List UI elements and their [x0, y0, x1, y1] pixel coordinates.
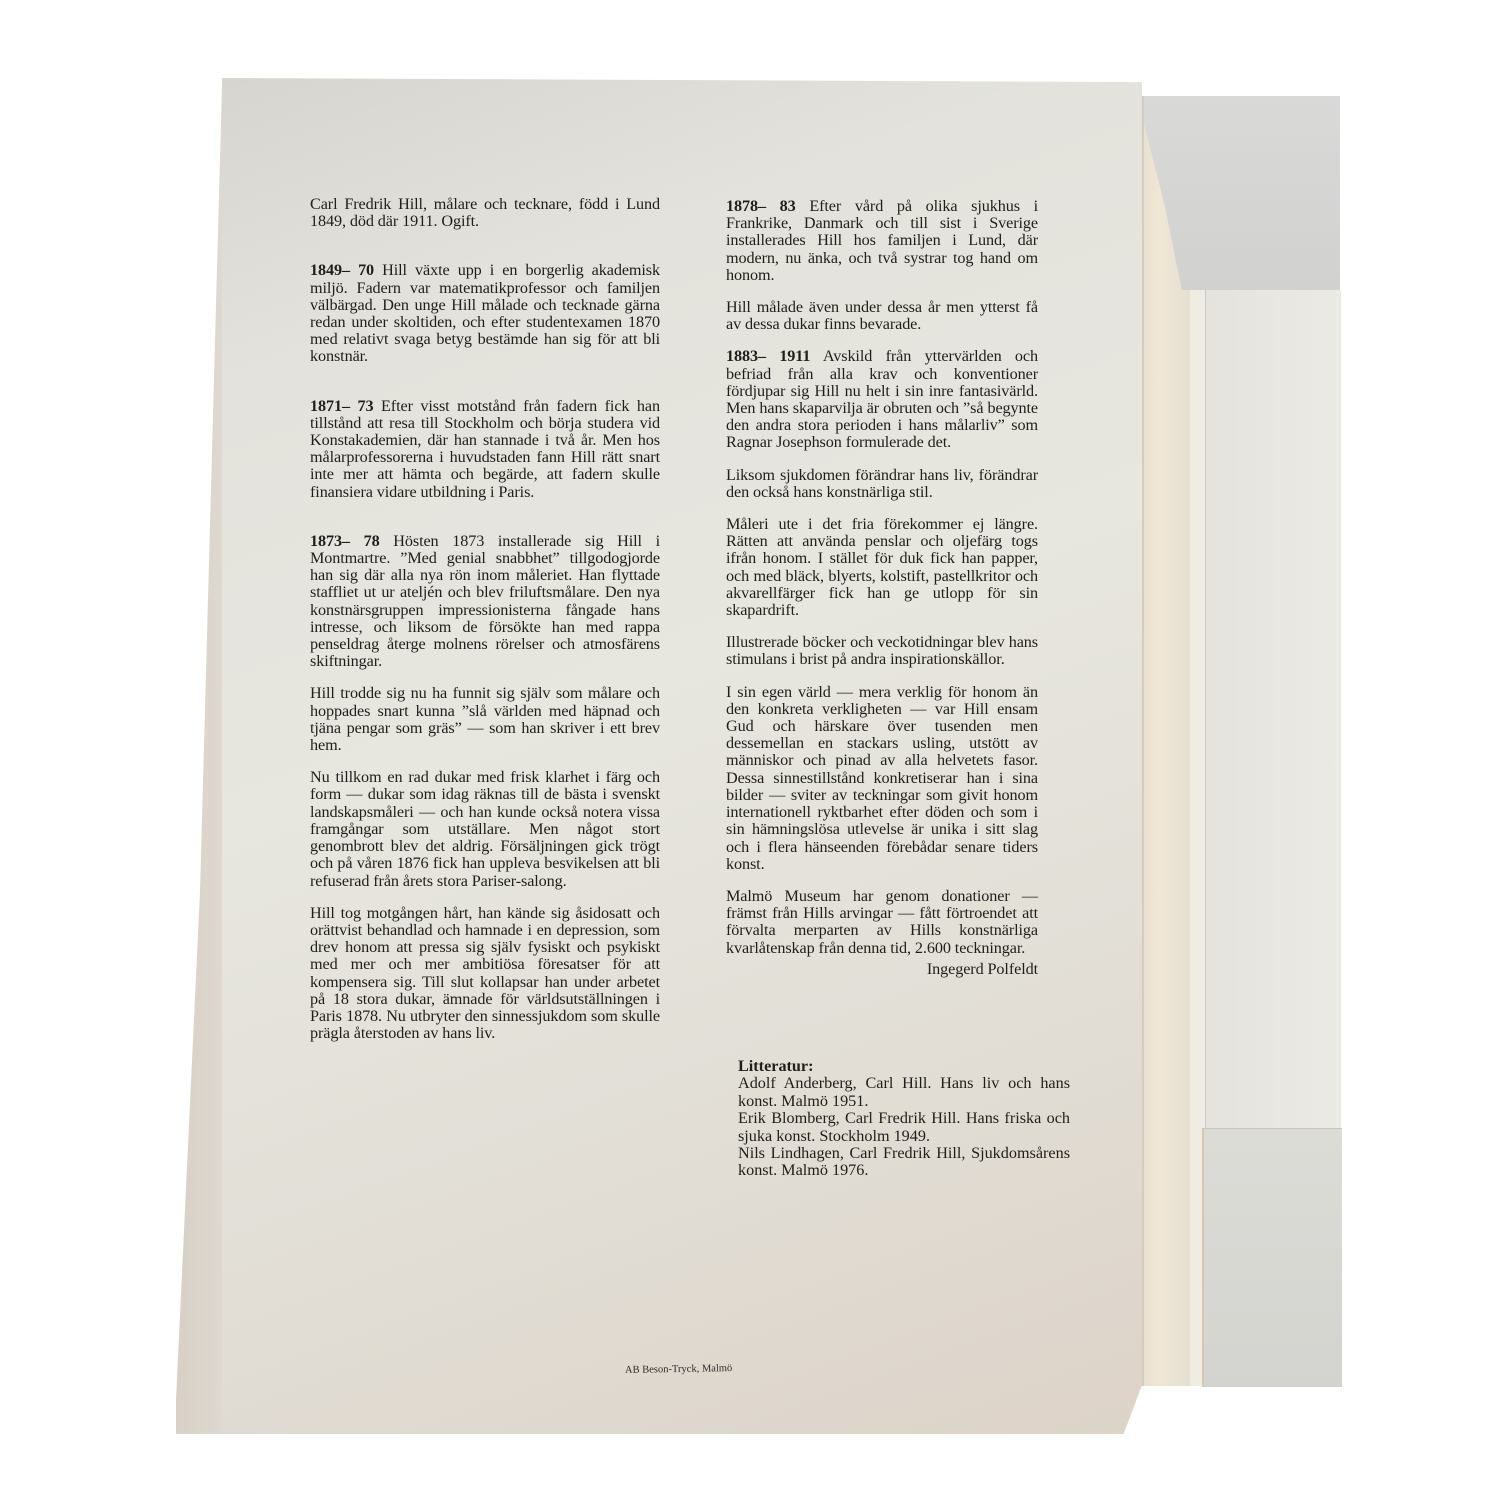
biography-paragraph: 1871– 73 Efter visst motstånd från fader… — [310, 398, 660, 501]
printer-imprint: AB Beson-Tryck, Malmö — [625, 1363, 732, 1376]
right-column: 1878– 83 Efter vård på olika sjukhus i F… — [726, 198, 1038, 978]
biography-paragraph: Liksom sjukdomen förändrar hans liv, för… — [726, 467, 1038, 501]
paragraph-text: Liksom sjukdomen förändrar hans liv, för… — [726, 466, 1038, 501]
biography-paragraph: Hill tog motgången hårt, han kände sig å… — [310, 905, 660, 1043]
biography-paragraph: 1873– 78 Hösten 1873 installerade sig Hi… — [310, 533, 660, 671]
author-signature: Ingegerd Polfeldt — [726, 961, 1038, 978]
biography-paragraph: Malmö Museum har genom donationer — främ… — [726, 888, 1038, 957]
year-range: 1878– 83 — [726, 197, 796, 215]
intro-paragraph: Carl Fredrik Hill, målare och tecknare, … — [310, 196, 660, 230]
biography-paragraph: 1883– 1911 Avskild från yttervärlden och… — [726, 348, 1038, 451]
year-range: 1871– 73 — [310, 397, 373, 415]
biography-paragraph: Hill målade även under dessa år men ytte… — [726, 299, 1038, 333]
folder-pocket — [1202, 1128, 1342, 1387]
left-column: Carl Fredrik Hill, målare och tecknare, … — [310, 196, 660, 1057]
biography-paragraph: 1878– 83 Efter vård på olika sjukhus i F… — [726, 198, 1038, 284]
biography-paragraph: Hill trodde sig nu ha funnit sig själv s… — [310, 685, 660, 754]
literature-item: Adolf Anderberg, Carl Hill. Hans liv och… — [738, 1075, 1070, 1110]
paragraph-text: Nu tillkom en rad dukar med frisk klarhe… — [310, 768, 660, 889]
literature-heading: Litteratur: — [738, 1058, 1070, 1075]
paragraph-text: I sin egen värld — mera verklig för hono… — [726, 683, 1038, 873]
year-range: 1883– 1911 — [726, 347, 810, 365]
paragraph-text: Måleri ute i det fria förekommer ej läng… — [726, 515, 1038, 619]
biography-paragraph: 1849– 70 Hill växte upp i en borgerlig a… — [310, 262, 660, 365]
biography-paragraph: Måleri ute i det fria förekommer ej läng… — [726, 516, 1038, 619]
sheet-fold-edge — [1142, 96, 1144, 1386]
paragraph-text: Illustrerade böcker och veckotidningar b… — [726, 633, 1038, 668]
biography-paragraph: Nu tillkom en rad dukar med frisk klarhe… — [310, 769, 660, 889]
paragraph-text: Hill målade även under dessa år men ytte… — [726, 298, 1038, 333]
literature-section: Litteratur: Adolf Anderberg, Carl Hill. … — [738, 1058, 1070, 1180]
literature-item: Erik Blomberg, Carl Fredrik Hill. Hans f… — [738, 1110, 1070, 1145]
paragraph-text: Malmö Museum har genom donationer — främ… — [726, 887, 1038, 957]
folder-inner-page — [1205, 290, 1341, 1130]
biography-paragraph: I sin egen värld — mera verklig för hono… — [726, 684, 1038, 873]
biography-paragraph: Illustrerade böcker och veckotidningar b… — [726, 634, 1038, 668]
year-range: 1849– 70 — [310, 261, 374, 279]
paragraph-text: Hill trodde sig nu ha funnit sig själv s… — [310, 684, 660, 754]
literature-item: Nils Lindhagen, Carl Fredrik Hill, Sjukd… — [738, 1145, 1070, 1180]
paragraph-text: Hill tog motgången hårt, han kände sig å… — [310, 904, 660, 1042]
paragraph-text: Hösten 1873 installerade sig Hill i Mont… — [310, 532, 660, 670]
year-range: 1873– 78 — [310, 532, 380, 550]
